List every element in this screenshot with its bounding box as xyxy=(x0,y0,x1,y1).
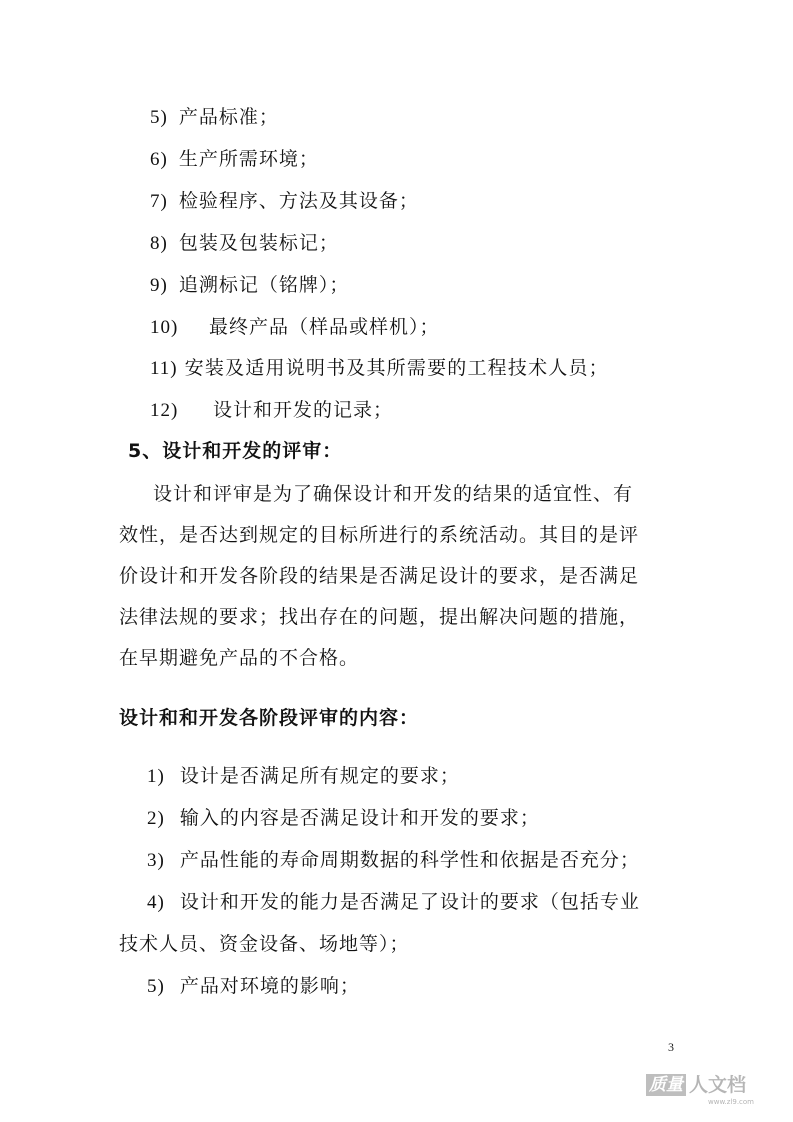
list-item: 2) 输入的内容是否满足设计和开发的要求； xyxy=(147,805,540,832)
paragraph-line: 法律法规的要求；找出存在的问题，提出解决问题的措施， xyxy=(119,604,639,630)
list-item-text: 设计和开发的记录； xyxy=(213,399,393,421)
list-item: 11) 安装及适用说明书及其所需要的工程技术人员； xyxy=(150,355,609,382)
list-item-text: 输入的内容是否满足设计和开发的要求； xyxy=(180,807,540,829)
page-number: 3 xyxy=(668,1040,674,1055)
list-item-text: 产品对环境的影响； xyxy=(180,975,360,997)
list-item-continuation: 技术人员、资金设备、场地等）； xyxy=(119,931,410,957)
list-item-number: 1) xyxy=(147,764,165,790)
list-item-text: 检验程序、方法及其设备； xyxy=(179,190,419,212)
paragraph-line: 价设计和开发各阶段的结果是否满足设计的要求，是否满足 xyxy=(119,563,639,589)
list-item-number: 11) xyxy=(150,356,178,382)
list-item-text: 产品标准； xyxy=(179,106,279,128)
subheading: 设计和和开发各阶段评审的内容： xyxy=(119,705,419,731)
list-item: 6) 生产所需环境； xyxy=(150,146,319,173)
watermark-brand-text: 人文档 xyxy=(689,1074,746,1096)
section-heading: 5、设计和开发的评审： xyxy=(128,438,342,464)
list-item-number: 3) xyxy=(147,848,165,874)
watermark-logo: 质量人文档 www.zl9.com xyxy=(646,1074,790,1114)
list-item-number: 6) xyxy=(150,147,168,173)
document-page: 5) 产品标准； 6) 生产所需环境； 7) 检验程序、方法及其设备； 8) 包… xyxy=(0,0,793,1122)
watermark-brand-box: 质量 xyxy=(646,1074,686,1096)
list-item-number: 12) xyxy=(150,398,206,424)
list-item-number: 2) xyxy=(147,806,165,832)
watermark-url: www.zl9.com xyxy=(708,1098,754,1106)
list-item-text: 包装及包装标记； xyxy=(179,232,339,254)
list-item: 4) 设计和开发的能力是否满足了设计的要求（包括专业 xyxy=(147,889,640,916)
list-item-number: 9) xyxy=(150,273,168,299)
list-item: 7) 检验程序、方法及其设备； xyxy=(150,188,419,215)
list-item-text: 设计和开发的能力是否满足了设计的要求（包括专业 xyxy=(180,891,640,913)
paragraph-line: 在早期避免产品的不合格。 xyxy=(119,645,359,671)
list-item-number: 4) xyxy=(147,890,165,916)
list-item-number: 7) xyxy=(150,189,168,215)
list-item: 10) 最终产品（样品或样机）； xyxy=(150,314,440,341)
list-item-text: 最终产品（样品或样机）； xyxy=(209,316,440,338)
list-item-number: 5) xyxy=(150,105,168,131)
list-item: 9) 追溯标记（铭牌）； xyxy=(150,272,349,299)
paragraph-line: 设计和评审是为了确保设计和开发的结果的适宜性、有 xyxy=(153,481,633,507)
list-item: 5) 产品标准； xyxy=(150,104,279,131)
list-item: 8) 包装及包装标记； xyxy=(150,230,339,257)
list-item: 12) 设计和开发的记录； xyxy=(150,397,393,424)
paragraph-line: 效性，是否达到规定的目标所进行的系统活动。其目的是评 xyxy=(119,522,639,548)
list-item-number: 10) xyxy=(150,315,202,341)
list-item: 1) 设计是否满足所有规定的要求； xyxy=(147,763,460,790)
list-item-text: 追溯标记（铭牌）； xyxy=(179,274,350,296)
list-item-text: 设计是否满足所有规定的要求； xyxy=(180,765,460,787)
list-item: 5) 产品对环境的影响； xyxy=(147,973,360,1000)
list-item-number: 5) xyxy=(147,974,165,1000)
list-item-text: 产品性能的寿命周期数据的科学性和依据是否充分； xyxy=(180,849,640,871)
list-item-text: 安装及适用说明书及其所需要的工程技术人员； xyxy=(185,357,609,379)
list-item-text: 生产所需环境； xyxy=(179,148,319,170)
list-item: 3) 产品性能的寿命周期数据的科学性和依据是否充分； xyxy=(147,847,640,874)
list-item-number: 8) xyxy=(150,231,168,257)
